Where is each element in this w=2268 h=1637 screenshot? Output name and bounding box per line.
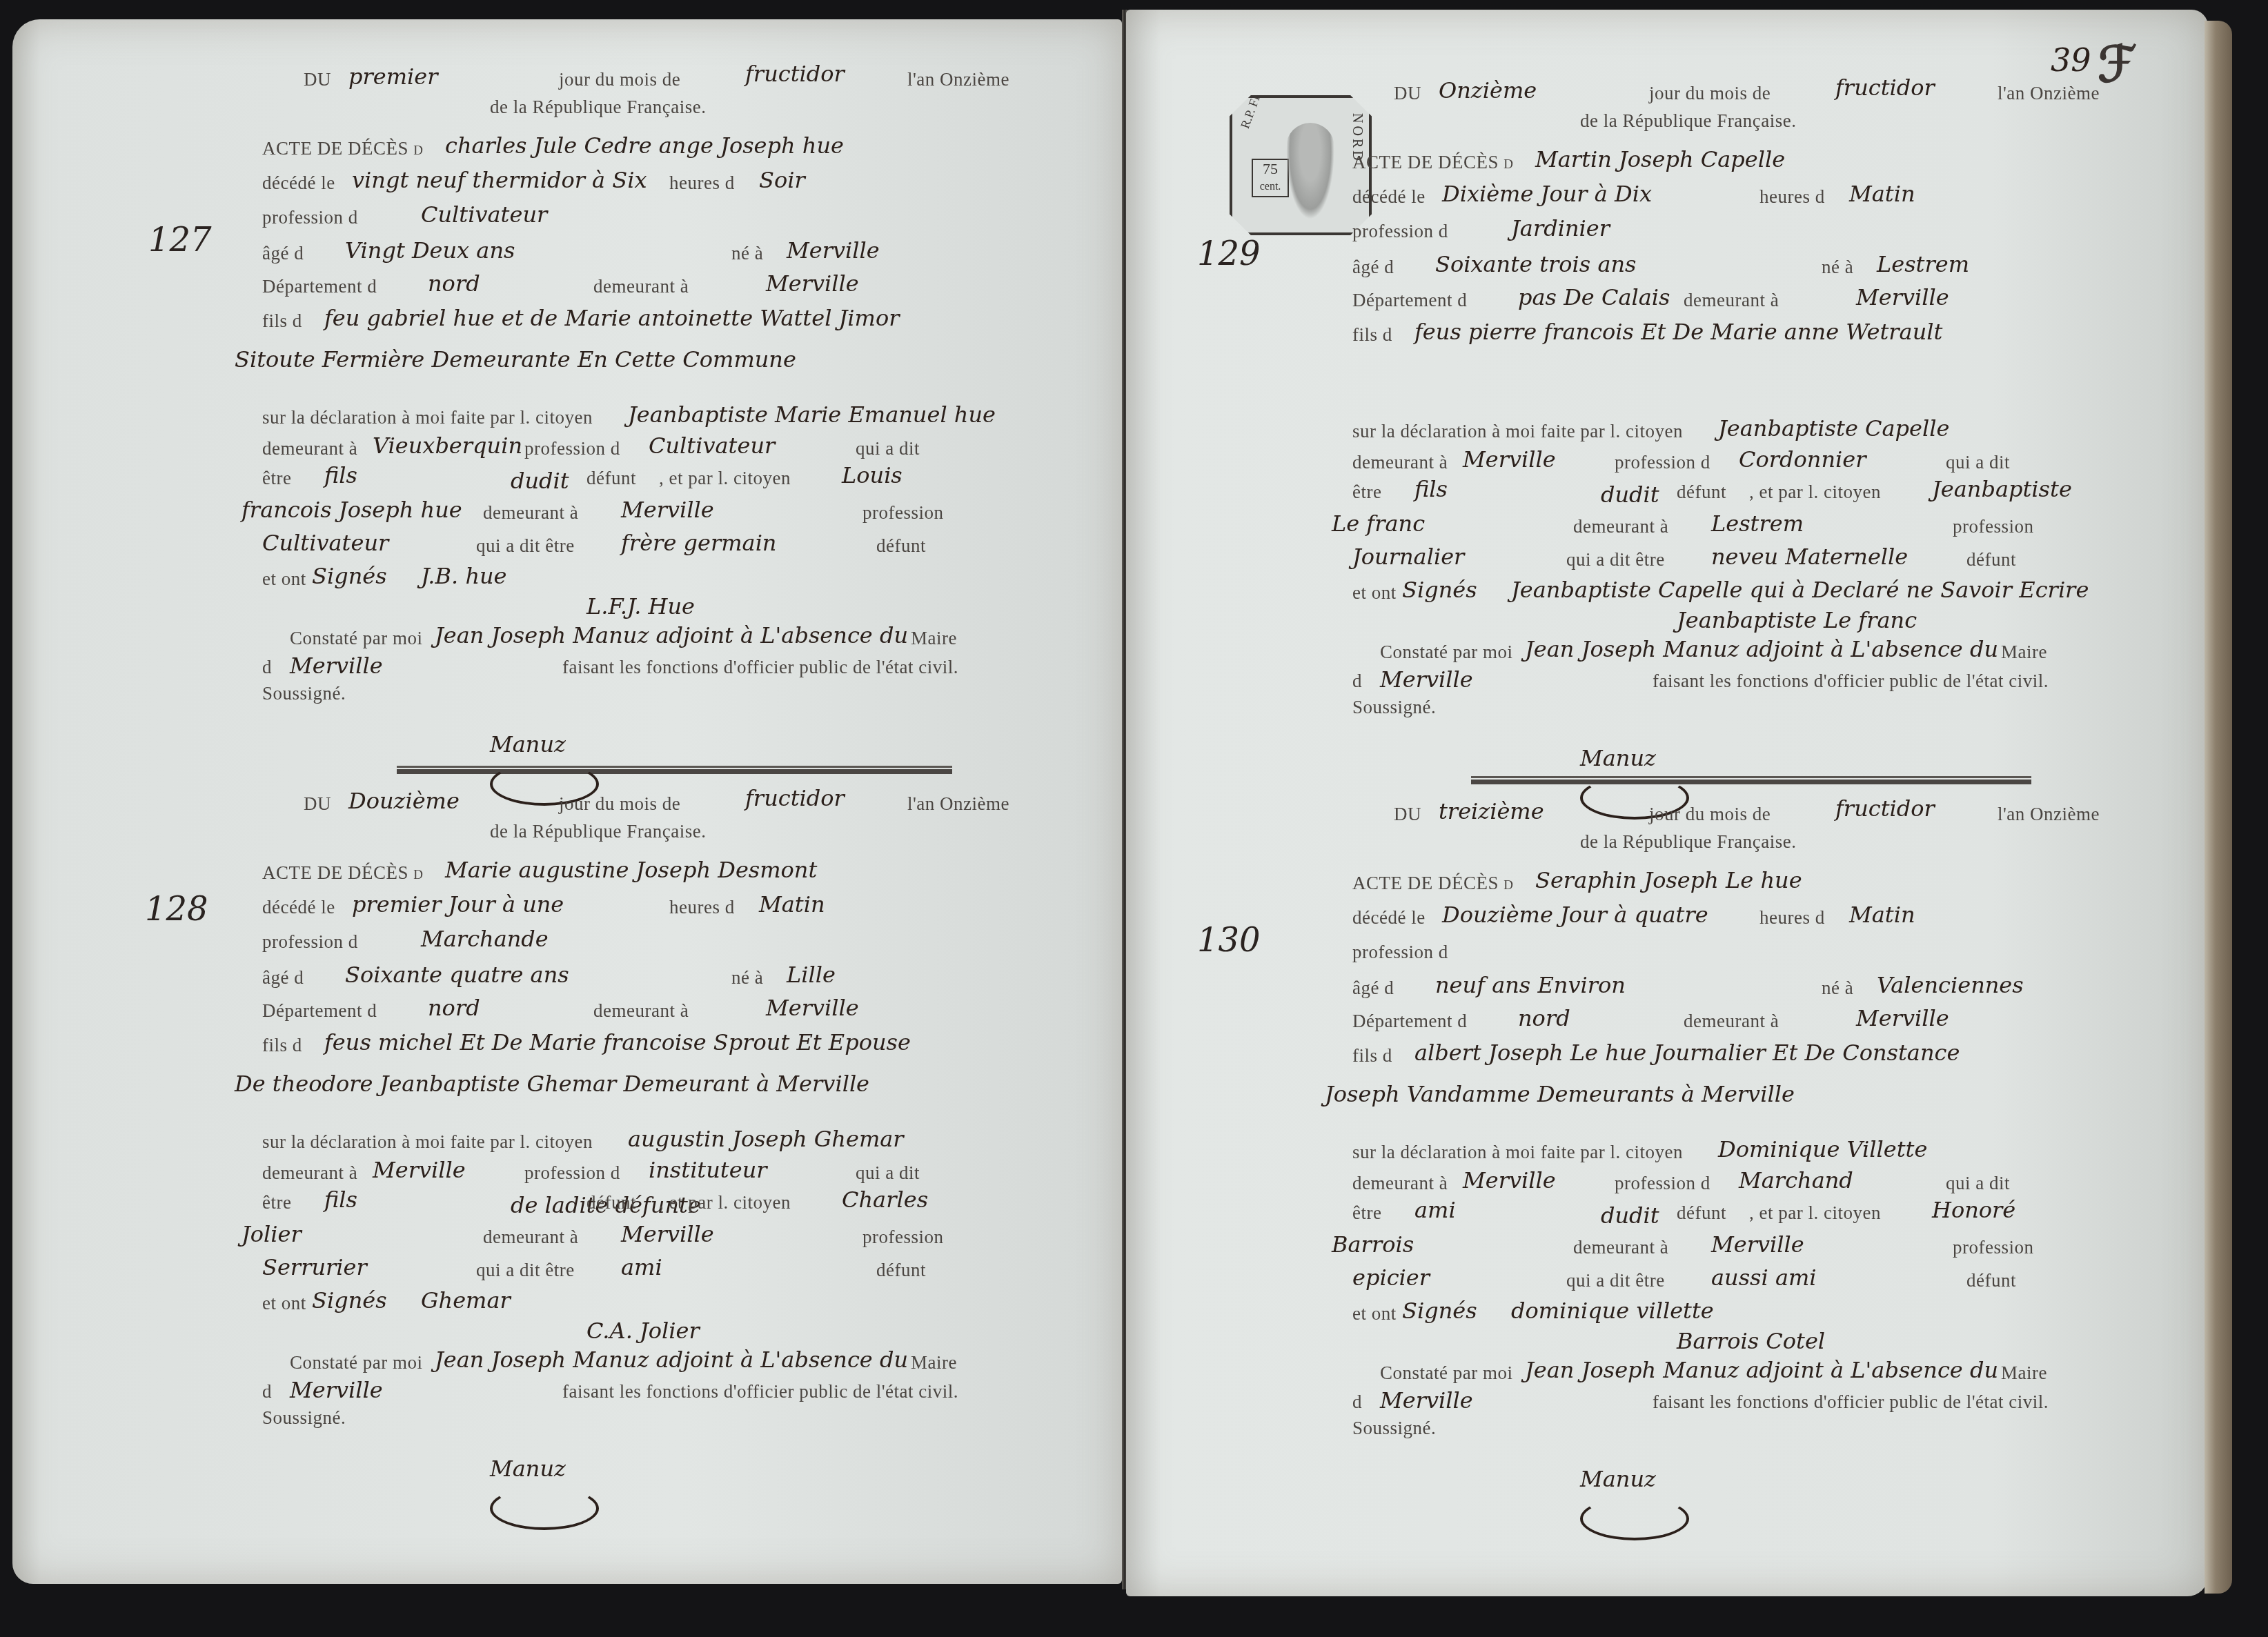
defunt-label-2: défunt xyxy=(876,1260,926,1281)
etre-label: être xyxy=(1352,482,1381,503)
et-ont-label: et ont xyxy=(1352,582,1397,604)
declarant-2-relation: aussi ami xyxy=(1711,1264,1817,1291)
declarant-1-profession: Cultivateur xyxy=(649,433,775,459)
section-divider xyxy=(397,766,952,774)
defunt-label: défunt xyxy=(586,468,636,489)
signature-2: Jeanbaptiste Le franc xyxy=(1677,607,1917,633)
declarant-2-profession: Cultivateur xyxy=(262,530,388,556)
acte-label: ACTE DE DÉCÈS d xyxy=(1352,152,1513,173)
commune: Merville xyxy=(1380,666,1473,693)
declarant-1-residence: Merville xyxy=(373,1157,466,1183)
republic-label: de la République Française. xyxy=(1580,110,1796,132)
deceased-name: Marie augustine Joseph Desmont xyxy=(445,857,817,883)
deceased-profession: Jardinier xyxy=(1511,215,1610,241)
second-declarant-label: , et par l. citoyen xyxy=(1749,482,1881,503)
profession-label: profession d xyxy=(262,207,358,228)
declarant-2-residence: Merville xyxy=(621,1221,714,1247)
signed: Signés xyxy=(1402,1298,1477,1324)
defunt-label-2: défunt xyxy=(1966,549,2016,571)
heures-label: heures d xyxy=(669,172,735,194)
deceased-profession: Marchande xyxy=(421,926,549,952)
declarant-2-residence-label: demeurant à xyxy=(1573,516,1668,537)
declarant-1-name: augustin Joseph Ghemar xyxy=(628,1126,904,1152)
age-label: âgé d xyxy=(1352,978,1394,999)
constate-label: Constaté par moi xyxy=(290,628,422,649)
commune: Merville xyxy=(290,653,383,679)
page-number: 39 xyxy=(2051,41,2091,79)
deceased-name: charles Jule Cedre ange Joseph hue xyxy=(445,132,844,159)
second-declarant-label: , et par l. citoyen xyxy=(659,468,791,489)
defunt-label: défunt xyxy=(586,1192,636,1213)
dudit: dudit xyxy=(1601,1202,1659,1229)
defunt-label-2: défunt xyxy=(876,535,926,557)
et-ont-label: et ont xyxy=(1352,1303,1397,1325)
record-number: 130 xyxy=(1197,921,1261,960)
residence: Merville xyxy=(1856,284,1949,310)
parents-line-2: Sitoute Fermière Demeurante En Cette Com… xyxy=(235,346,796,373)
maire-label: Maire xyxy=(911,628,957,649)
etre-label: être xyxy=(262,1192,291,1213)
parents-line-1: feu gabriel hue et de Marie antoinette W… xyxy=(324,305,900,331)
declarant-2-name: Barrois xyxy=(1332,1231,1414,1258)
decede-label: décédé le xyxy=(262,897,335,918)
officer-function-label: faisant les fonctions d'officier public … xyxy=(1653,671,2049,692)
declarant-2-profession-label: profession xyxy=(1953,1237,2033,1258)
qui-a-dit-etre-label: qui a dit être xyxy=(476,1260,575,1281)
born-label: né à xyxy=(731,967,763,989)
record-month: fructidor xyxy=(1835,795,1935,822)
declarant-1-residence: Merville xyxy=(1463,1167,1556,1193)
soussigne-label: Soussigné. xyxy=(1352,697,1436,718)
department-label: Département d xyxy=(1352,1011,1467,1032)
deceased-age: Soixante trois ans xyxy=(1435,251,1636,277)
etre-label: être xyxy=(1352,1202,1381,1224)
declarant-1-residence-label: demeurant à xyxy=(1352,452,1448,473)
officer-signature: Manuz xyxy=(490,1456,566,1482)
maire-label: Maire xyxy=(911,1352,957,1373)
department: nord xyxy=(428,995,480,1021)
month-label: jour du mois de xyxy=(559,793,680,815)
signature-1: Jeanbaptiste Capelle qui à Declaré ne Sa… xyxy=(1511,577,2089,603)
deceased-name: Seraphin Joseph Le hue xyxy=(1535,867,1802,893)
du-label: DU xyxy=(304,793,331,815)
acte-label: ACTE DE DÉCÈS d xyxy=(1352,873,1513,894)
declarant-2-first-name: Jeanbaptiste xyxy=(1932,476,2072,502)
year-label: l'an Onzième xyxy=(907,69,1009,90)
signed: Signés xyxy=(312,1287,387,1313)
born-label: né à xyxy=(1822,257,1853,278)
profession-label: profession d xyxy=(1352,942,1448,963)
officer-signature: Manuz xyxy=(490,731,566,757)
record-day: Douzième xyxy=(348,788,460,814)
defunt-label-2: défunt xyxy=(1966,1270,2016,1291)
heures-label: heures d xyxy=(1759,186,1825,208)
age-label: âgé d xyxy=(262,243,304,264)
second-declarant-label: , et par l. citoyen xyxy=(659,1192,791,1213)
officer-function-label: faisant les fonctions d'officier public … xyxy=(1653,1391,2049,1413)
declarant-1-relation: ami xyxy=(1414,1197,1456,1223)
officer-function-label: faisant les fonctions d'officier public … xyxy=(562,657,958,678)
profession-label: profession d xyxy=(1352,221,1448,242)
deceased-age: neuf ans Environ xyxy=(1435,972,1626,998)
officer-signature: Manuz xyxy=(1580,745,1656,771)
republic-label: de la République Française. xyxy=(490,821,706,842)
defunt-label: défunt xyxy=(1677,482,1726,503)
deceased-profession: Cultivateur xyxy=(421,201,547,228)
signature-2: C.A. Jolier xyxy=(586,1318,700,1344)
death-date: vingt neuf thermidor à Six xyxy=(352,167,647,193)
qui-a-dit-etre-label: qui a dit être xyxy=(1566,1270,1665,1291)
profession-label: profession d xyxy=(262,931,358,953)
declarant-2-name: francois Joseph hue xyxy=(241,497,462,523)
record-day: Onzième xyxy=(1439,77,1537,103)
declarant-1-residence: Merville xyxy=(1463,446,1556,473)
declarant-2-first-name: Louis xyxy=(842,462,903,488)
record-month: fructidor xyxy=(745,61,845,87)
qui-a-dit-label: qui a dit xyxy=(856,1162,920,1184)
parents-label: fils d xyxy=(262,310,302,332)
death-date: Douzième Jour à quatre xyxy=(1442,902,1708,928)
parents-line-1: feus michel Et De Marie francoise Sprout… xyxy=(324,1029,911,1055)
declarant-2-first-name: Honoré xyxy=(1932,1197,2015,1223)
time-of-day: Soir xyxy=(759,167,805,193)
de-label: d xyxy=(1352,1391,1362,1413)
declarant-1-profession: instituteur xyxy=(649,1157,767,1183)
officer-signature: Manuz xyxy=(1580,1466,1656,1492)
signature-1: dominique villette xyxy=(1511,1298,1714,1324)
qui-a-dit-label: qui a dit xyxy=(1946,452,2010,473)
officer-name: Jean Joseph Manuz adjoint à L'absence du xyxy=(435,622,908,648)
constate-label: Constaté par moi xyxy=(290,1352,422,1373)
declarant-1-profession-label: profession d xyxy=(524,1162,620,1184)
declarant-2-relation: frère germain xyxy=(621,530,776,556)
qui-a-dit-etre-label: qui a dit être xyxy=(476,535,575,557)
tax-stamp: R.P. FRA. NORD 75 cent. xyxy=(1230,95,1372,235)
officer-name: Jean Joseph Manuz adjoint à L'absence du xyxy=(1525,636,1998,662)
parents-line-1: feus pierre francois Et De Marie anne We… xyxy=(1414,319,1942,345)
declarant-1-residence-label: demeurant à xyxy=(262,438,357,459)
year-label: l'an Onzième xyxy=(1998,83,2100,104)
record-month: fructidor xyxy=(1835,75,1935,101)
month-label: jour du mois de xyxy=(1649,804,1771,825)
declarant-2-relation: neveu Maternelle xyxy=(1711,544,1908,570)
officer-function-label: faisant les fonctions d'officier public … xyxy=(562,1381,958,1402)
residence-label: demeurant à xyxy=(1684,1011,1779,1032)
republic-label: de la République Française. xyxy=(490,97,706,118)
declaration-label: sur la déclaration à moi faite par l. ci… xyxy=(1352,1142,1683,1163)
declarant-2-profession: Journalier xyxy=(1352,544,1464,570)
de-label: d xyxy=(1352,671,1362,692)
signature-flourish-icon xyxy=(490,1487,599,1530)
qui-a-dit-label: qui a dit xyxy=(1946,1173,2010,1194)
declarant-1-profession-label: profession d xyxy=(1615,1173,1710,1194)
stamp-unit: cent. xyxy=(1253,178,1288,196)
et-ont-label: et ont xyxy=(262,568,306,590)
department: pas De Calais xyxy=(1518,284,1670,310)
month-label: jour du mois de xyxy=(1649,83,1771,104)
parents-line-2: De theodore Jeanbaptiste Ghemar Demeuran… xyxy=(235,1071,869,1097)
soussigne-label: Soussigné. xyxy=(262,1407,346,1429)
stamp-value: 75 xyxy=(1253,160,1288,178)
declarant-1-residence-label: demeurant à xyxy=(262,1162,357,1184)
department-label: Département d xyxy=(262,1000,377,1022)
decede-label: décédé le xyxy=(1352,186,1426,208)
constate-label: Constaté par moi xyxy=(1380,1362,1512,1384)
declarant-1-profession-label: profession d xyxy=(1615,452,1710,473)
death-date: premier Jour à une xyxy=(352,891,564,917)
du-label: DU xyxy=(1394,83,1421,104)
officer-name: Jean Joseph Manuz adjoint à L'absence du xyxy=(1525,1357,1998,1383)
ink-paraph-mark: ℱ xyxy=(2098,34,2137,93)
department: nord xyxy=(1518,1005,1570,1031)
marianne-figure-icon xyxy=(1286,123,1334,219)
open-register-book: 39 ℱ R.P. FRA. NORD 75 cent. 127DUpremie… xyxy=(0,0,2268,1637)
declarant-1-profession: Cordonnier xyxy=(1739,446,1866,473)
record-number: 128 xyxy=(145,890,208,929)
declaration-label: sur la déclaration à moi faite par l. ci… xyxy=(1352,421,1683,442)
residence: Merville xyxy=(766,995,859,1021)
declarant-2-residence-label: demeurant à xyxy=(483,1227,578,1248)
decede-label: décédé le xyxy=(262,172,335,194)
declarant-2-profession: Serrurier xyxy=(262,1254,367,1280)
declarant-1-name: Dominique Villette xyxy=(1718,1136,1927,1162)
maire-label: Maire xyxy=(2001,1362,2047,1384)
parents-label: fils d xyxy=(1352,1045,1392,1066)
section-divider xyxy=(1471,776,2031,784)
signature-2: Barrois Cotel xyxy=(1677,1328,1825,1354)
du-label: DU xyxy=(304,69,331,90)
department-label: Département d xyxy=(1352,290,1467,311)
declarant-1-name: Jeanbaptiste Marie Emanuel hue xyxy=(628,401,996,428)
maire-label: Maire xyxy=(2001,642,2047,663)
qui-a-dit-label: qui a dit xyxy=(856,438,920,459)
parents-line-1: albert Joseph Le hue Journalier Et De Co… xyxy=(1414,1040,1960,1066)
declarant-2-first-name: Charles xyxy=(842,1187,928,1213)
signature-flourish-icon xyxy=(1580,1497,1689,1540)
second-declarant-label: , et par l. citoyen xyxy=(1749,1202,1881,1224)
etre-label: être xyxy=(262,468,291,489)
acte-label: ACTE DE DÉCÈS d xyxy=(262,138,423,159)
defunt-label: défunt xyxy=(1677,1202,1726,1224)
de-label: d xyxy=(262,1381,272,1402)
deceased-age: Soixante quatre ans xyxy=(345,962,569,988)
soussigne-label: Soussigné. xyxy=(262,683,346,704)
signed: Signés xyxy=(1402,577,1477,603)
page-edges xyxy=(2205,21,2232,1594)
born-label: né à xyxy=(731,243,763,264)
declarant-2-residence-label: demeurant à xyxy=(1573,1237,1668,1258)
commune: Merville xyxy=(1380,1387,1473,1413)
acte-label: ACTE DE DÉCÈS d xyxy=(262,862,423,884)
declarant-1-relation: fils xyxy=(324,462,357,488)
time-of-day: Matin xyxy=(759,891,825,917)
commune: Merville xyxy=(290,1377,383,1403)
dudit: dudit xyxy=(1601,482,1659,508)
declaration-label: sur la déclaration à moi faite par l. ci… xyxy=(262,407,593,428)
record-month: fructidor xyxy=(745,785,845,811)
declarant-1-name: Jeanbaptiste Capelle xyxy=(1718,415,1949,442)
declarant-1-profession: Marchand xyxy=(1739,1167,1853,1193)
age-label: âgé d xyxy=(1352,257,1394,278)
age-label: âgé d xyxy=(262,967,304,989)
dudit: dudit xyxy=(511,468,569,494)
declarant-2-residence-label: demeurant à xyxy=(483,502,578,524)
declarant-2-profession-label: profession xyxy=(1953,516,2033,537)
record-number: 127 xyxy=(148,221,212,259)
record-day: premier xyxy=(348,63,438,90)
born-label: né à xyxy=(1822,978,1853,999)
declarant-2-profession-label: profession xyxy=(862,1227,943,1248)
residence: Merville xyxy=(1856,1005,1949,1031)
heures-label: heures d xyxy=(1759,907,1825,929)
constate-label: Constaté par moi xyxy=(1380,642,1512,663)
birthplace: Valenciennes xyxy=(1877,972,2024,998)
month-label: jour du mois de xyxy=(559,69,680,90)
deceased-name: Martin Joseph Capelle xyxy=(1535,146,1785,172)
de-label: d xyxy=(262,657,272,678)
parents-line-2: Joseph Vandamme Demeurants à Merville xyxy=(1325,1081,1795,1107)
time-of-day: Matin xyxy=(1849,181,1915,207)
declaration-label: sur la déclaration à moi faite par l. ci… xyxy=(262,1131,593,1153)
record-day: treizième xyxy=(1439,798,1544,824)
birthplace: Lille xyxy=(787,962,836,988)
record-number: 129 xyxy=(1197,235,1261,273)
declarant-2-residence: Merville xyxy=(1711,1231,1804,1258)
time-of-day: Matin xyxy=(1849,902,1915,928)
residence-label: demeurant à xyxy=(1684,290,1779,311)
year-label: l'an Onzième xyxy=(907,793,1009,815)
residence-label: demeurant à xyxy=(593,1000,689,1022)
department: nord xyxy=(428,270,480,297)
declarant-2-profession: epicier xyxy=(1352,1264,1430,1291)
soussigne-label: Soussigné. xyxy=(1352,1418,1436,1439)
birthplace: Lestrem xyxy=(1877,251,1969,277)
parents-label: fils d xyxy=(1352,324,1392,346)
signed: Signés xyxy=(312,563,387,589)
declarant-2-name: Jolier xyxy=(241,1221,302,1247)
signature-1: J.B. hue xyxy=(421,563,507,589)
declarant-2-residence: Merville xyxy=(621,497,714,523)
declarant-1-residence: Vieuxberquin xyxy=(373,433,522,459)
declarant-2-residence: Lestrem xyxy=(1711,510,1804,537)
deceased-age: Vingt Deux ans xyxy=(345,237,515,264)
declarant-1-relation: fils xyxy=(324,1187,357,1213)
declarant-1-profession-label: profession d xyxy=(524,438,620,459)
signature-1: Ghemar xyxy=(421,1287,511,1313)
du-label: DU xyxy=(1394,804,1421,825)
death-date: Dixième Jour à Dix xyxy=(1442,181,1652,207)
department-label: Département d xyxy=(262,276,377,297)
signature-2: L.F.J. Hue xyxy=(586,593,695,619)
qui-a-dit-etre-label: qui a dit être xyxy=(1566,549,1665,571)
parents-label: fils d xyxy=(262,1035,302,1056)
stamp-value-box: 75 cent. xyxy=(1252,159,1289,197)
declarant-2-name: Le franc xyxy=(1332,510,1425,537)
republic-label: de la République Française. xyxy=(1580,831,1796,853)
residence-label: demeurant à xyxy=(593,276,689,297)
declarant-2-relation: ami xyxy=(621,1254,662,1280)
heures-label: heures d xyxy=(669,897,735,918)
decede-label: décédé le xyxy=(1352,907,1426,929)
declarant-2-profession-label: profession xyxy=(862,502,943,524)
officer-name: Jean Joseph Manuz adjoint à L'absence du xyxy=(435,1347,908,1373)
birthplace: Merville xyxy=(787,237,880,264)
et-ont-label: et ont xyxy=(262,1293,306,1314)
declarant-1-residence-label: demeurant à xyxy=(1352,1173,1448,1194)
year-label: l'an Onzième xyxy=(1998,804,2100,825)
declarant-1-relation: fils xyxy=(1414,476,1448,502)
residence: Merville xyxy=(766,270,859,297)
